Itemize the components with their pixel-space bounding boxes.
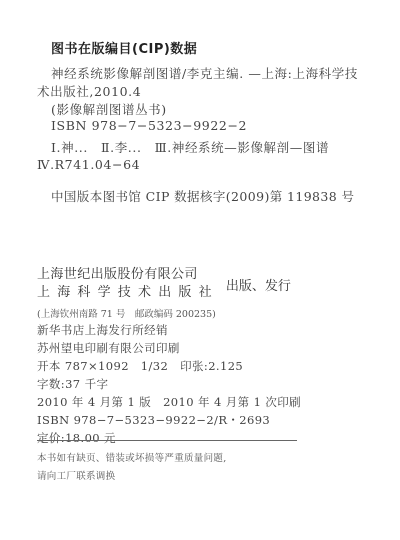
quality-notice-line2: 请向工厂联系调换 xyxy=(37,468,115,482)
publisher-name-group: 上海世纪出版股份有限公司 xyxy=(37,266,219,284)
cip-heading: 图书在版编目(CIP)数据 xyxy=(51,38,197,57)
divider xyxy=(37,440,297,441)
cip-classification-line: Ⅳ.R741.04−64 xyxy=(37,157,140,172)
isbn-full: ISBN 978−7−5323−9922−2/R・2693 xyxy=(37,412,270,428)
printer: 苏州望电印刷有限公司印刷 xyxy=(37,340,180,356)
publisher-name-press: 上海科学技术出版社 xyxy=(37,284,219,302)
cip-title-line: 神经系统影像解剖图谱/李克主编. —上海:上海科学技 xyxy=(51,64,358,82)
cip-publisher-line: 术出版社,2010.4 xyxy=(37,82,141,100)
quality-notice-line1: 本书如有缺页、错装或坏损等严重质量问题, xyxy=(37,450,227,464)
cip-series-line: (影像解剖图谱丛书) xyxy=(51,100,167,118)
cip-isbn-line: ISBN 978−7−5323−9922−2 xyxy=(51,118,247,133)
cip-number: 中国版本图书馆 CIP 数据核字(2009)第 119838 号 xyxy=(51,187,354,205)
book-format: 开本 787×1092 1/32 印张:2.125 xyxy=(37,358,243,374)
publisher-block: 上海世纪出版股份有限公司 上海科学技术出版社 出版、发行 xyxy=(37,266,291,302)
distributor: 新华书店上海发行所经销 xyxy=(37,322,168,338)
word-count: 字数:37 千字 xyxy=(37,376,108,392)
publisher-role: 出版、发行 xyxy=(226,275,291,294)
price: 定价:18.00 元 xyxy=(37,430,116,446)
edition-info: 2010 年 4 月第 1 版 2010 年 4 月第 1 次印刷 xyxy=(37,394,301,410)
publisher-names: 上海世纪出版股份有限公司 上海科学技术出版社 xyxy=(37,266,219,302)
cip-subject-line: Ⅰ.神... Ⅱ.李... Ⅲ.神经系统—影像解剖—图谱 xyxy=(51,138,329,156)
publisher-address: (上海钦州南路 71 号 邮政编码 200235) xyxy=(37,306,216,320)
